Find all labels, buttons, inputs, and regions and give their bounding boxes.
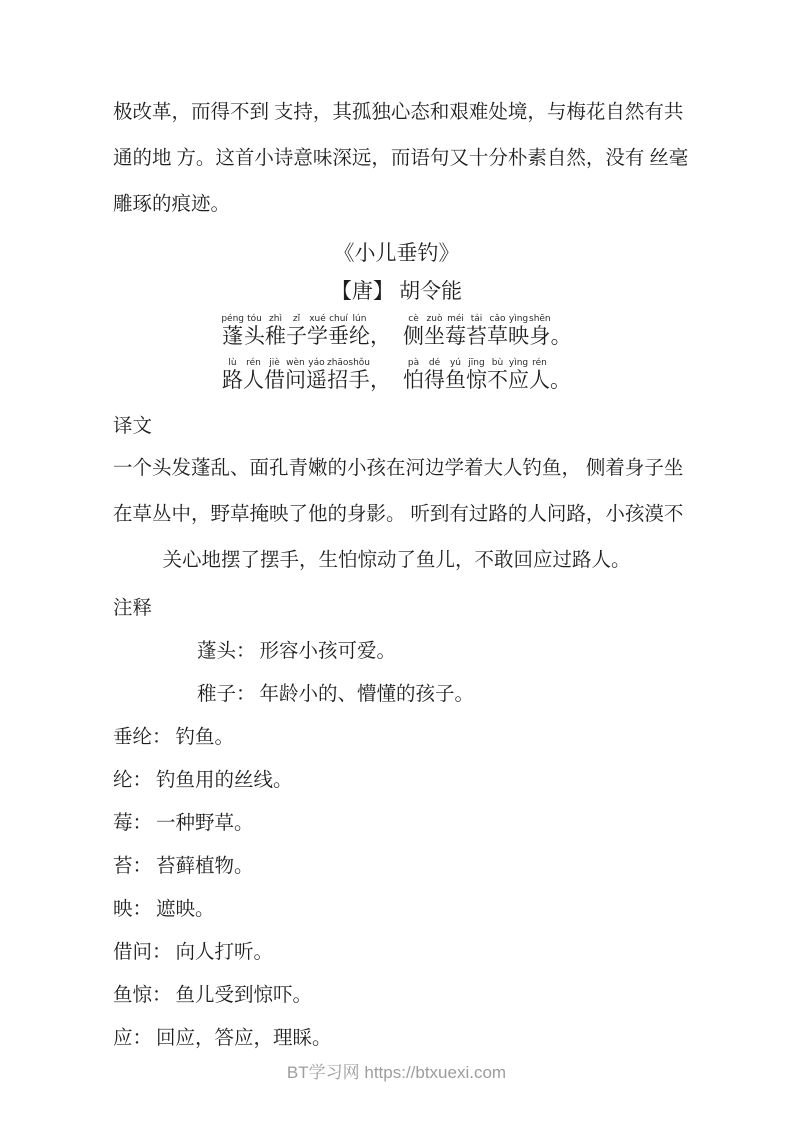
site-link[interactable]: https://btxuexi.com: [364, 1063, 506, 1082]
document-page: 极改革，而得不到 支持，其孤独心态和艰难处境，与梅花自然有共通的地 方。这首小诗…: [0, 0, 793, 1122]
poem-char: 垂chuí: [328, 324, 349, 348]
note-definition: 钓鱼。: [176, 727, 235, 748]
poem-char: 坐zuò: [424, 324, 445, 348]
poem-char: 惊jīng: [466, 368, 487, 392]
poem-char: 侧cè: [403, 324, 424, 348]
note-row: 借问：向人打听。: [113, 931, 680, 974]
poem-char: 苔tái: [466, 324, 487, 348]
poem-line: 蓬péng头tóu稚zhì子zǐ学xué垂chuí纶lún，侧cè坐zuò莓mé…: [113, 314, 680, 358]
note-term: 映：: [113, 899, 152, 920]
note-row: 纶：钓鱼用的丝线。: [113, 759, 680, 802]
note-row: 苔：苔藓植物。: [113, 845, 680, 888]
note-term: 蓬头：: [197, 641, 256, 662]
notes-heading: 注释: [113, 590, 680, 628]
note-row: 垂纶：钓鱼。: [113, 716, 680, 759]
poem-char: 映yìng: [508, 324, 529, 348]
poem-char: 怕pà: [403, 368, 424, 392]
poem-title: 《小儿垂钓》: [113, 234, 680, 272]
note-definition: 年龄小的、懵懂的孩子。: [260, 684, 475, 705]
poem-char: 鱼yú: [445, 368, 466, 392]
translation-line: 关心地摆了摆手，生怕惊动了鱼儿，不敢回应过路人。: [113, 538, 680, 584]
poem-line: 路lù人rén借jiè问wèn遥yáo招zhāo手shǒu，怕pà得dé鱼yú惊…: [113, 358, 680, 402]
note-definition: 苔藓植物。: [156, 856, 254, 877]
poem-char: 纶lún: [349, 324, 370, 348]
note-row: 映：遮映。: [113, 888, 680, 931]
poem-char: 遥yáo: [306, 368, 327, 392]
note-definition: 鱼儿受到惊吓。: [176, 985, 313, 1006]
note-term: 稚子：: [197, 684, 256, 705]
note-term: 苔：: [113, 856, 152, 877]
note-term: 借问：: [113, 942, 172, 963]
poem-char: 得dé: [424, 368, 445, 392]
poem-char: 莓méi: [445, 324, 466, 348]
note-row: 鱼惊：鱼儿受到惊吓。: [113, 974, 680, 1017]
poem-author: 【唐】 胡令能: [113, 272, 680, 310]
poem-punct: ，: [370, 368, 391, 392]
poem-punct: 。: [551, 324, 572, 348]
note-term: 垂纶：: [113, 727, 172, 748]
poem-char: 草cǎo: [487, 324, 508, 348]
poem-punct: 。: [550, 368, 571, 392]
poem-char: 稚zhì: [265, 324, 286, 348]
poem-char: 蓬péng: [221, 324, 244, 348]
intro-paragraph: 极改革，而得不到 支持，其孤独心态和艰难处境，与梅花自然有共通的地 方。这首小诗…: [113, 90, 680, 228]
note-definition: 遮映。: [156, 899, 215, 920]
poem-char: 路lù: [222, 368, 243, 392]
note-definition: 形容小孩可爱。: [260, 641, 397, 662]
page-footer: BT学习网 https://btxuexi.com: [0, 1058, 793, 1083]
note-term: 莓：: [113, 813, 152, 834]
translation-line: 在草丛中，野草掩映了他的身影。 听到有过路的人问路，小孩漠不: [113, 492, 680, 538]
poem-char: 头tóu: [244, 324, 265, 348]
note-row: 蓬头：形容小孩可爱。: [113, 630, 680, 673]
poem-char: 人rén: [529, 368, 550, 392]
note-term: 应：: [113, 1028, 152, 1049]
note-definition: 钓鱼用的丝线。: [156, 770, 293, 791]
poem-char: 不bù: [487, 368, 508, 392]
poem-body: 蓬péng头tóu稚zhì子zǐ学xué垂chuí纶lún，侧cè坐zuò莓mé…: [113, 314, 680, 402]
note-definition: 回应，答应，理睬。: [156, 1028, 332, 1049]
intro-line: 雕琢的痕迹。: [113, 182, 680, 228]
translation-line: 一个头发蓬乱、面孔青嫩的小孩在河边学着大人钓鱼， 侧着身子坐: [113, 446, 680, 492]
note-definition: 一种野草。: [156, 813, 254, 834]
note-row: 应：回应，答应，理睬。: [113, 1017, 680, 1060]
translation-heading: 译文: [113, 408, 680, 446]
poem-char: 子zǐ: [286, 324, 307, 348]
poem-char: 人rén: [243, 368, 264, 392]
note-term: 纶：: [113, 770, 152, 791]
poem-char: 借jiè: [264, 368, 285, 392]
poem-char: 身shēn: [529, 324, 551, 348]
note-term: 鱼惊：: [113, 985, 172, 1006]
intro-line: 通的地 方。这首小诗意味深远，而语句又十分朴素自然，没有 丝毫: [113, 136, 680, 182]
poem-char: 问wèn: [285, 368, 306, 392]
notes-list: 蓬头：形容小孩可爱。稚子：年龄小的、懵懂的孩子。垂纶：钓鱼。纶：钓鱼用的丝线。莓…: [113, 630, 680, 1060]
poem-char: 招zhāo: [327, 368, 348, 392]
note-row: 稚子：年龄小的、懵懂的孩子。: [113, 673, 680, 716]
translation-paragraph: 一个头发蓬乱、面孔青嫩的小孩在河边学着大人钓鱼， 侧着身子坐在草丛中，野草掩映了…: [113, 446, 680, 584]
poem-char: 手shǒu: [348, 368, 370, 392]
site-name: BT学习网: [287, 1063, 360, 1082]
note-definition: 向人打听。: [176, 942, 274, 963]
poem-char: 学xué: [307, 324, 328, 348]
note-row: 莓：一种野草。: [113, 802, 680, 845]
poem-char: 应yìng: [508, 368, 529, 392]
intro-line: 极改革，而得不到 支持，其孤独心态和艰难处境，与梅花自然有共: [113, 90, 680, 136]
poem-punct: ，: [370, 324, 391, 348]
